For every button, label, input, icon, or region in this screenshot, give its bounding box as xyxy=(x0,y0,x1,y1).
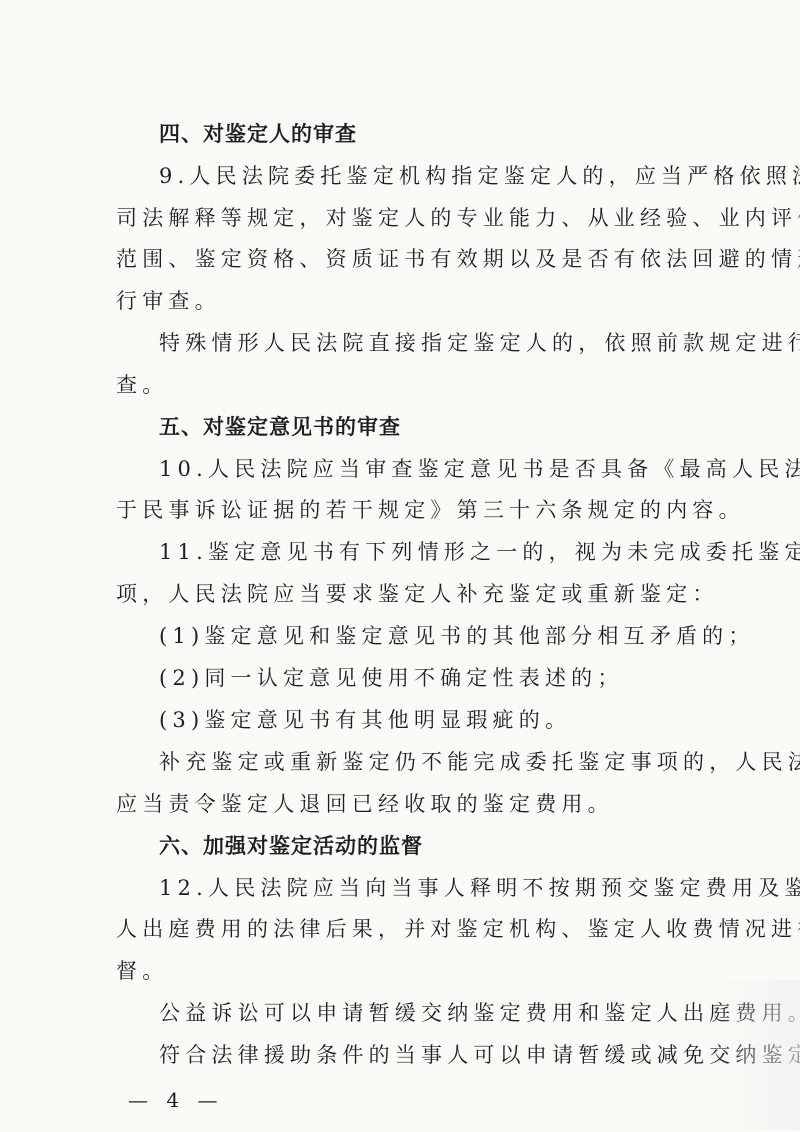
page-number: — 4 — xyxy=(128,1088,223,1112)
paragraph-11-line-2: 项，人民法院应当要求鉴定人补充鉴定或重新鉴定： xyxy=(116,579,716,609)
paragraph-10-line-1: 10.人民法院应当审查鉴定意见书是否具备《最高人民法院关 xyxy=(159,454,759,484)
paragraph-12-line-1: 12.人民法院应当向当事人释明不按期预交鉴定费用及鉴定 xyxy=(159,873,759,903)
paragraph-9-line-4: 行审查。 xyxy=(116,286,716,316)
section-heading-6: 六、加强对鉴定活动的监督 xyxy=(159,831,759,861)
document-page: 四、对鉴定人的审查 9.人民法院委托鉴定机构指定鉴定人的，应当严格依照法律、 司… xyxy=(0,0,800,1132)
paragraph-12-line-3: 督。 xyxy=(116,956,716,986)
paragraph-special-line-1: 特殊情形人民法院直接指定鉴定人的，依照前款规定进行审 xyxy=(159,328,759,358)
paragraph-legal-aid: 符合法律援助条件的当事人可以申请暂缓或减免交纳鉴定费 xyxy=(159,1040,759,1070)
paragraph-9-line-2: 司法解释等规定，对鉴定人的专业能力、从业经验、业内评价、执业 xyxy=(116,203,716,233)
list-item-1: (1)鉴定意见和鉴定意见书的其他部分相互矛盾的； xyxy=(159,621,759,651)
section-heading-4: 四、对鉴定人的审查 xyxy=(159,119,759,149)
list-item-3: (3)鉴定意见书有其他明显瑕疵的。 xyxy=(159,705,759,735)
paragraph-9-line-3: 范围、鉴定资格、资质证书有效期以及是否有依法回避的情形等进 xyxy=(116,244,716,274)
paragraph-special-line-2: 查。 xyxy=(116,370,716,400)
section-heading-5: 五、对鉴定意见书的审查 xyxy=(159,412,759,442)
scan-shadow xyxy=(710,980,800,1130)
paragraph-public-interest: 公益诉讼可以申请暂缓交纳鉴定费用和鉴定人出庭费用。 xyxy=(159,998,759,1028)
paragraph-12-line-2: 人出庭费用的法律后果，并对鉴定机构、鉴定人收费情况进行监 xyxy=(116,914,716,944)
paragraph-supplement-line-1: 补充鉴定或重新鉴定仍不能完成委托鉴定事项的，人民法院 xyxy=(159,747,759,777)
paragraph-supplement-line-2: 应当责令鉴定人退回已经收取的鉴定费用。 xyxy=(116,789,716,819)
paragraph-9-line-1: 9.人民法院委托鉴定机构指定鉴定人的，应当严格依照法律、 xyxy=(159,161,759,191)
paragraph-10-line-2: 于民事诉讼证据的若干规定》第三十六条规定的内容。 xyxy=(116,495,716,525)
list-item-2: (2)同一认定意见使用不确定性表述的； xyxy=(159,663,759,693)
paragraph-11-line-1: 11.鉴定意见书有下列情形之一的，视为未完成委托鉴定事 xyxy=(159,537,759,567)
